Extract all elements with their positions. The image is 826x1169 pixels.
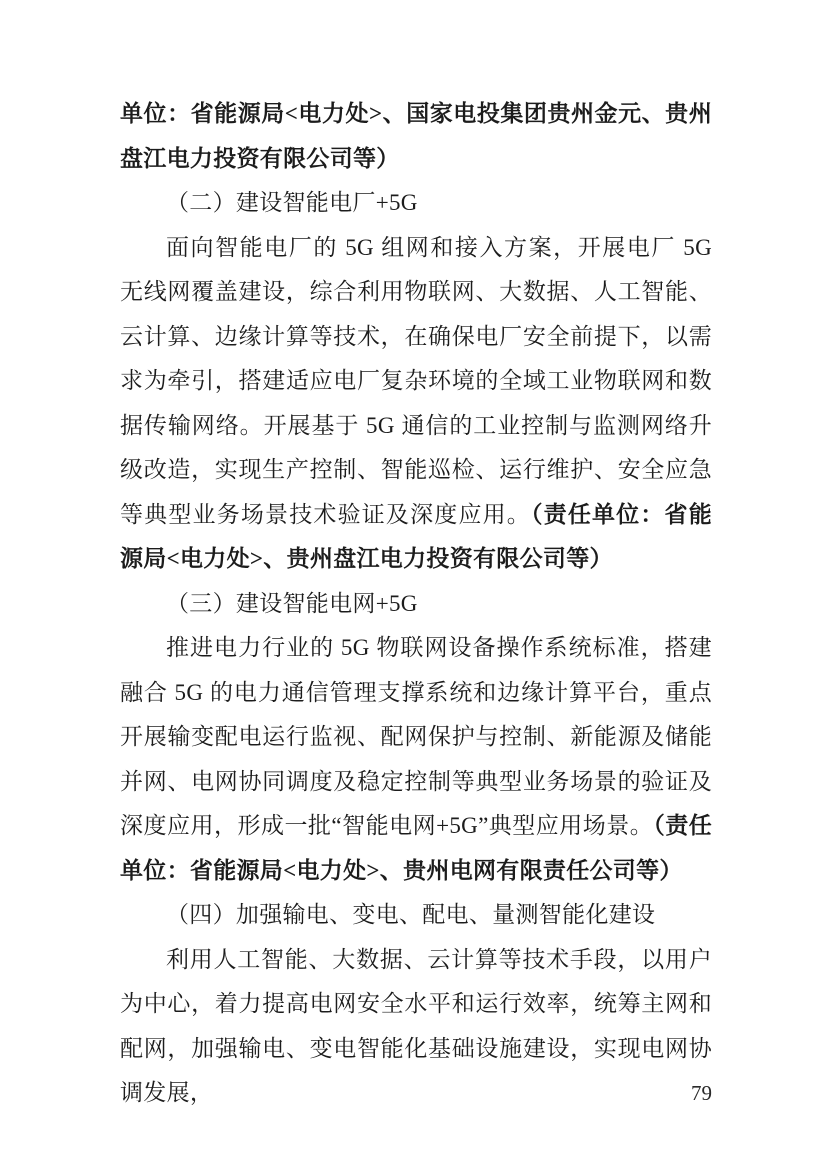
section-heading-2: （二）建设智能电厂+5G [120, 181, 712, 226]
section-heading-4: （四）加强输电、变电、配电、量测智能化建设 [120, 893, 712, 938]
text-segment: 推进电力行业的 5G 物联网设备操作系统标准，搭建融合 5G 的电力通信管理支撑… [120, 635, 712, 838]
responsible-units-continuation: 单位：省能源局<电力处>、国家电投集团贵州金元、贵州盘江电力投资有限公司等） [120, 92, 712, 181]
bold-text-segment: 单位：省能源局<电力处>、国家电投集团贵州金元、贵州盘江电力投资有限公司等） [120, 101, 712, 171]
text-segment: 面向智能电厂的 5G 组网和接入方案，开展电厂 5G 无线网覆盖建设，综合利用物… [120, 235, 712, 527]
page-number: 79 [120, 1080, 712, 1106]
text-segment: （二）建设智能电厂+5G [166, 190, 418, 215]
document-body: 单位：省能源局<电力处>、国家电投集团贵州金元、贵州盘江电力投资有限公司等）（二… [120, 92, 712, 1116]
section-3-body: 推进电力行业的 5G 物联网设备操作系统标准，搭建融合 5G 的电力通信管理支撑… [120, 626, 712, 893]
section-2-body: 面向智能电厂的 5G 组网和接入方案，开展电厂 5G 无线网覆盖建设，综合利用物… [120, 226, 712, 582]
text-segment: （三）建设智能电网+5G [166, 591, 418, 616]
document-page: 单位：省能源局<电力处>、国家电投集团贵州金元、贵州盘江电力投资有限公司等）（二… [0, 0, 826, 1169]
text-segment: （四）加强输电、变电、配电、量测智能化建设 [166, 902, 655, 927]
section-heading-3: （三）建设智能电网+5G [120, 582, 712, 627]
